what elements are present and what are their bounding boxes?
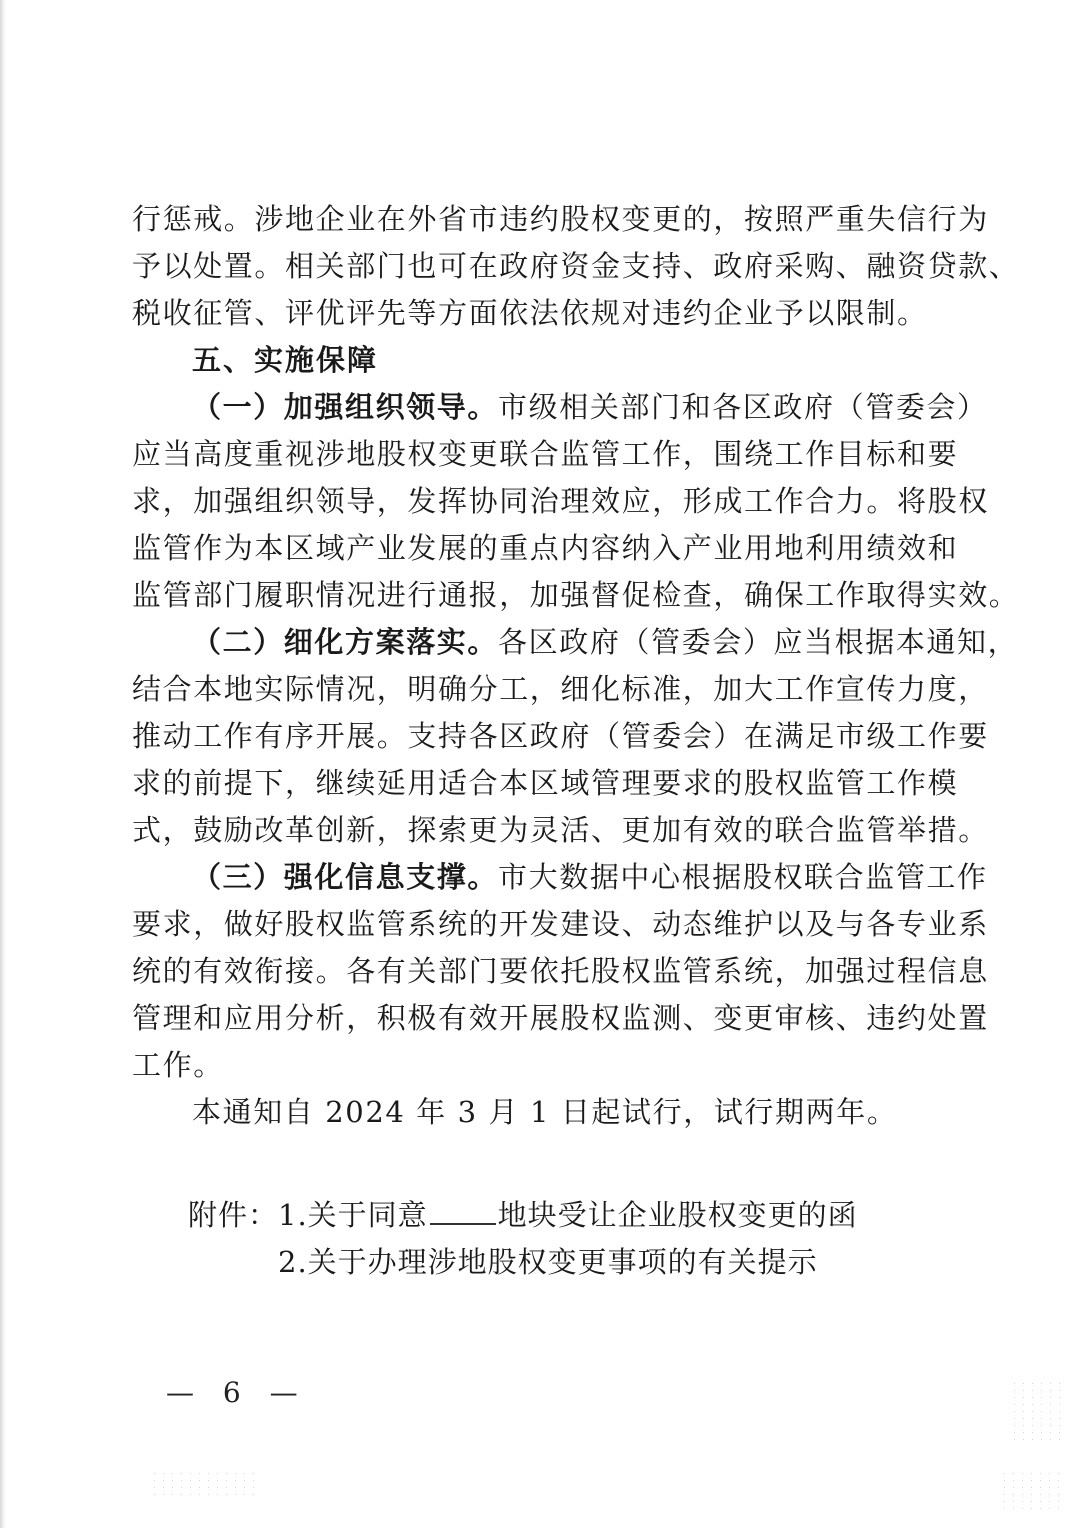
text-line: 要求，做好股权监管系统的开发建设、动态维护以及与各专业系 bbox=[132, 901, 942, 948]
scan-noise bbox=[1000, 1470, 1060, 1510]
attachments-list: 附件：1.关于同意地块受让企业股权变更的函 2.关于办理涉地股权变更事项的有关提… bbox=[132, 1192, 942, 1286]
text-line: 统的有效衔接。各有关部门要依托股权监管系统，加强过程信息 bbox=[132, 948, 942, 995]
text-line: 式，鼓励改革创新，探索更为灵活、更加有效的联合监管举措。 bbox=[132, 807, 942, 854]
text-line: 监管部门履职情况进行通报，加强督促检查，确保工作取得实效。 bbox=[132, 572, 942, 619]
blank-fill-line bbox=[430, 1201, 496, 1225]
scan-noise bbox=[1010, 1380, 1060, 1440]
text-line: 推动工作有序开展。支持各区政府（管委会）在满足市级工作要 bbox=[132, 713, 942, 760]
document-body: 行惩戒。涉地企业在外省市违约股权变更的，按照严重失信行为 予以处置。相关部门也可… bbox=[132, 196, 942, 1286]
text-line: 监管作为本区域产业发展的重点内容纳入产业用地利用绩效和 bbox=[132, 525, 942, 572]
subsection-first-line: （二）细化方案落实。各区政府（管委会）应当根据本通知， bbox=[132, 619, 942, 666]
subsection-text: 各区政府（管委会）应当根据本通知， bbox=[498, 625, 1018, 659]
text-line: 工作。 bbox=[132, 1042, 942, 1089]
text-line: 应当高度重视涉地股权变更联合监管工作，围绕工作目标和要 bbox=[132, 431, 942, 478]
spacer bbox=[132, 1136, 942, 1192]
scan-page-edge bbox=[0, 0, 6, 1528]
text-line: 结合本地实际情况，明确分工，细化标准，加大工作宣传力度， bbox=[132, 666, 942, 713]
text-line: 求，加强组织领导，发挥协同治理效应，形成工作合力。将股权 bbox=[132, 478, 942, 525]
text-line: 管理和应用分析，积极有效开展股权监测、变更审核、违约处置 bbox=[132, 995, 942, 1042]
text-line: 税收征管、评优评先等方面依法依规对违约企业予以限制。 bbox=[132, 290, 942, 337]
continued-paragraph: 行惩戒。涉地企业在外省市违约股权变更的，按照严重失信行为 予以处置。相关部门也可… bbox=[132, 196, 942, 337]
attachment-item: 2.关于办理涉地股权变更事项的有关提示 bbox=[132, 1239, 942, 1286]
attachment-item: 附件：1.关于同意地块受让企业股权变更的函 bbox=[132, 1192, 942, 1239]
attachment-title-suffix: 地块受让企业股权变更的函 bbox=[498, 1198, 858, 1232]
attachment-title: 2.关于办理涉地股权变更事项的有关提示 bbox=[278, 1245, 818, 1279]
subsection-plan-implementation: （二）细化方案落实。各区政府（管委会）应当根据本通知， 结合本地实际情况，明确分… bbox=[132, 619, 942, 854]
section-heading: 五、实施保障 bbox=[132, 337, 942, 384]
text-line: 求的前提下，继续延用适合本区域管理要求的股权监管工作模 bbox=[132, 760, 942, 807]
attachments-label: 附件： bbox=[132, 1192, 278, 1239]
subsection-text: 市大数据中心根据股权联合监管工作 bbox=[498, 860, 988, 894]
subsection-text: 市级相关部门和各区政府（管委会） bbox=[498, 390, 988, 424]
text-line: 予以处置。相关部门也可在政府资金支持、政府采购、融资贷款、 bbox=[132, 243, 942, 290]
effective-date-notice: 本通知自 2024 年 3 月 1 日起试行，试行期两年。 bbox=[132, 1089, 942, 1136]
attachment-title-prefix: 1.关于同意 bbox=[278, 1198, 428, 1232]
page-number: — 6 — bbox=[166, 1376, 308, 1409]
subsection-title: （一）加强组织领导。 bbox=[192, 390, 498, 424]
scan-noise bbox=[150, 1470, 260, 1500]
subsection-information-support: （三）强化信息支撑。市大数据中心根据股权联合监管工作 要求，做好股权监管系统的开… bbox=[132, 854, 942, 1089]
subsection-first-line: （三）强化信息支撑。市大数据中心根据股权联合监管工作 bbox=[132, 854, 942, 901]
subsection-title: （二）细化方案落实。 bbox=[192, 625, 498, 659]
text-line: 行惩戒。涉地企业在外省市违约股权变更的，按照严重失信行为 bbox=[132, 196, 942, 243]
subsection-organization-leadership: （一）加强组织领导。市级相关部门和各区政府（管委会） 应当高度重视涉地股权变更联… bbox=[132, 384, 942, 619]
subsection-first-line: （一）加强组织领导。市级相关部门和各区政府（管委会） bbox=[132, 384, 942, 431]
subsection-title: （三）强化信息支撑。 bbox=[192, 860, 498, 894]
